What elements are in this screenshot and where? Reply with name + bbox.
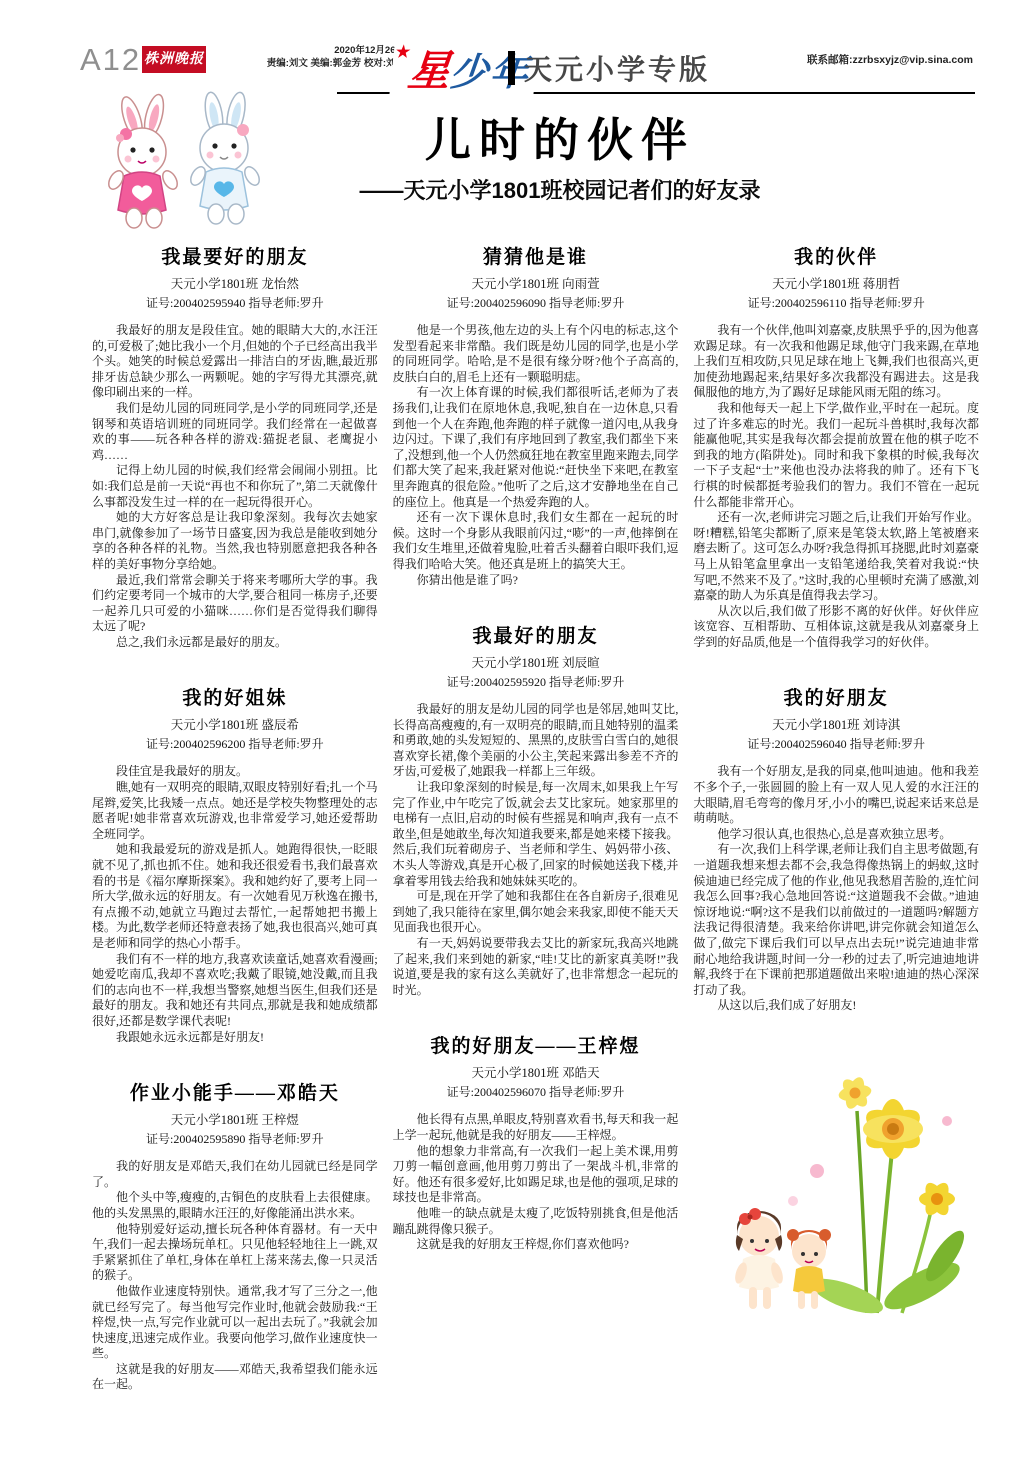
paragraph: 她和我最爱玩的游戏是抓人。她跑得很快,一眨眼就不见了,抓也抓不住。她和我还很爱看… (92, 842, 378, 951)
article-credential: 证号:200402596090 指导老师:罗升 (393, 294, 679, 311)
paragraph: 这就是我的好朋友王梓煜,你们喜欢他吗? (393, 1237, 679, 1253)
article-credential: 证号:200402595940 指导老师:罗升 (92, 294, 378, 311)
article-byline: 天元小学1801班 王梓煜 (92, 1110, 378, 1128)
paragraph: 记得上幼儿园的时候,我们经常会闹闹小别扭。比如:我们总是前一天说“再也不和你玩了… (92, 463, 378, 510)
article-credential: 证号:200402596110 指导老师:罗升 (693, 294, 979, 311)
paragraph: 我的好朋友是邓皓天,我们在幼儿园就已经是同学了。 (92, 1159, 378, 1190)
article-jiangpengzhe: 我的伙伴 天元小学1801班 蒋朋哲 证号:200402596110 指导老师:… (693, 242, 979, 650)
blue-rabbit (188, 91, 262, 224)
article-liuchenxuan: 我最好的朋友 天元小学1801班 刘辰暄 证号:200402595920 指导老… (393, 621, 679, 998)
paragraph: 我最好的朋友是段佳宜。她的眼睛大大的,水汪汪的,可爱极了;她比我小一个月,但她的… (92, 323, 378, 401)
paragraph: 总之,我们永远都是最好的朋友。 (92, 635, 378, 651)
article-body: 段佳宜是我最好的朋友。 瞧,她有一双明亮的眼睛,双眼皮特别好看;扎一个马尾辫,爱… (92, 764, 378, 1045)
publication-meta: 2020年12月26日 责编:刘文 美编:郭金芳 校对:刘昱 (225, 44, 405, 70)
paragraph: 他唯一的缺点就是太瘦了,吃饭特别挑食,但是他活蹦乱跳得像只猴子。 (393, 1206, 679, 1237)
paragraph: 他长得有点黑,单眼皮,特别喜欢看书,每天和我一起上学一起玩,他就是我的好朋友——… (393, 1112, 679, 1143)
article-body: 我的好朋友是邓皓天,我们在幼儿园就已经是同学了。 他个头中等,瘦瘦的,古铜色的皮… (92, 1159, 378, 1393)
paragraph: 他学习很认真,也很热心,总是喜欢独立思考。 (693, 827, 979, 843)
article-title: 我的伙伴 (693, 242, 979, 269)
paragraph: 我跟她永远永远都是好朋友! (92, 1030, 378, 1046)
article-title: 我最要好的朋友 (92, 242, 378, 269)
article-shengchenxi: 我的好姐妹 天元小学1801班 盛辰希 证号:200402596200 指导老师… (92, 683, 378, 1045)
article-body: 我有一个伙伴,他叫刘嘉豪,皮肤黑乎乎的,因为他喜欢踢足球。有一次我和他踢足球,他… (693, 323, 979, 650)
article-title: 我最好的朋友 (393, 621, 679, 648)
article-byline: 天元小学1801班 龙怡然 (92, 274, 378, 292)
paragraph: 我和他每天一起上下学,做作业,平时在一起玩。度过了许多难忘的时光。我们一起玩斗兽… (693, 401, 979, 510)
section-divider-bar (508, 51, 515, 85)
article-wangziyu: 作业小能手——邓皓天 天元小学1801班 王梓煜 证号:200402595890… (92, 1078, 378, 1393)
publication-date: 2020年12月26日 (225, 44, 405, 57)
paragraph: 他的想象力非常高,有一次我们一起上美术课,用剪刀剪一幅创意画,他用剪刀剪出了一架… (393, 1144, 679, 1206)
article-credential: 证号:200402595890 指导老师:罗升 (92, 1130, 378, 1147)
newspaper-page: A12 株洲晚报 2020年12月26日 责编:刘文 美编:郭金芳 校对:刘昱 … (0, 0, 1031, 1475)
article-liushiqi: 我的好朋友 天元小学1801班 刘诗淇 证号:200402596040 指导老师… (693, 683, 979, 1014)
paragraph: 我有一个好朋友,是我的同桌,他叫迪迪。他和我差不多个子,一张圆圆的脸上有一双人见… (693, 764, 979, 826)
article-title: 猜猜他是谁 (393, 242, 679, 269)
article-credential: 证号:200402596200 指导老师:罗升 (92, 735, 378, 752)
paragraph: 让我印象深刻的时候是,每一次周末,如果我上午写完了作业,中午吃完了饭,就会去艾比… (393, 780, 679, 889)
article-byline: 天元小学1801班 蒋朋哲 (693, 274, 979, 292)
article-denghaotian: 我的好朋友——王梓煜 天元小学1801班 邓皓天 证号:200402596070… (393, 1031, 679, 1252)
rabbits-illustration (86, 90, 281, 238)
article-title: 我的好朋友 (693, 683, 979, 710)
paragraph: 他是一个男孩,他左边的头上有个闪电的标志,这个发型看起来非常酷。我们既是幼儿园的… (393, 323, 679, 385)
article-body: 他是一个男孩,他左边的头上有个闪电的标志,这个发型看起来非常酷。我们既是幼儿园的… (393, 323, 679, 588)
paragraph: 还有一次下课休息时,我们女生都在一起玩的时候。这时一个身影从我眼前闪过,“嘭”的… (393, 510, 679, 572)
paragraph: 我们有不一样的地方,我喜欢读童话,她喜欢看漫画;她爱吃南瓜,我却不喜欢吃;我戴了… (92, 952, 378, 1030)
pink-rabbit (106, 93, 180, 228)
article-body: 我最好的朋友是幼儿园的同学也是邻居,她叫艾比,长得高高瘦瘦的,有一双明亮的眼睛,… (393, 702, 679, 998)
two-children (733, 1208, 831, 1309)
contact-email: 联系邮箱:zzrbsxyjz@vip.sina.com (807, 52, 973, 67)
paragraph: 我们是幼儿园的同班同学,是小学的同班同学,还是钢琴和英语培训班的同班同学。我们经… (92, 401, 378, 463)
paragraph: 这就是我的好朋友——邓皓天,我希望我们能永远在一起。 (92, 1362, 378, 1393)
article-credential: 证号:200402596040 指导老师:罗升 (693, 735, 979, 752)
paragraph: 最近,我们常常会聊关于将来考哪所大学的事。我们约定要考同一个城市的大学,要合租同… (92, 573, 378, 635)
paragraph: 他做作业速度特别快。通常,我才写了三分之一,他就已经写完了。每当他写完作业时,他… (92, 1284, 378, 1362)
page-number: A12 (80, 42, 141, 78)
paragraph: 可是,现在开学了她和我都住在各自新房子,很难见到她了,我只能待在家里,偶尔她会来… (393, 889, 679, 936)
editors-line: 责编:刘文 美编:郭金芳 校对:刘昱 (225, 57, 405, 70)
article-xiangyuxuan: 猜猜他是谁 天元小学1801班 向雨萱 证号:200402596090 指导老师… (393, 242, 679, 588)
paragraph: 我有一个伙伴,他叫刘嘉豪,皮肤黑乎乎的,因为他喜欢踢足球。有一次我和他踢足球,他… (693, 323, 979, 401)
article-byline: 天元小学1801班 向雨萱 (393, 274, 679, 292)
article-title: 我的好朋友——王梓煜 (393, 1031, 679, 1058)
paragraph: 她的大方好客总是让我印象深刻。我每次去她家串门,就像参加了一场节日盛宴,因为我总… (92, 510, 378, 572)
children-flowers-illustration (697, 1051, 975, 1319)
paragraph: 从次以后,我们做了形影不离的好伙伴。好伙伴应该宽容、互相帮助、互相体谅,这就是我… (693, 604, 979, 651)
logo-char-xing: 星 (406, 47, 453, 94)
paragraph: 瞧,她有一双明亮的眼睛,双眼皮特别好看;扎一个马尾辫,爱笑,比我矮一点点。她还是… (92, 780, 378, 842)
column-1: 我最要好的朋友 天元小学1801班 龙怡然 证号:200402595940 指导… (92, 242, 378, 1426)
article-byline: 天元小学1801班 盛辰希 (92, 715, 378, 733)
column-2: 猜猜他是谁 天元小学1801班 向雨萱 证号:200402596090 指导老师… (393, 242, 679, 1426)
article-body: 他长得有点黑,单眼皮,特别喜欢看书,每天和我一起上学一起玩,他就是我的好朋友——… (393, 1112, 679, 1252)
paragraph: 我最好的朋友是幼儿园的同学也是邻居,她叫艾比,长得高高瘦瘦的,有一双明亮的眼睛,… (393, 702, 679, 780)
column-3: 我的伙伴 天元小学1801班 蒋朋哲 证号:200402596110 指导老师:… (693, 242, 979, 1426)
article-title: 我的好姐妹 (92, 683, 378, 710)
paragraph: 还有一次,老师讲完习题之后,让我们开始写作业。呀!糟糕,铅笔尖都断了,原来是笔袋… (693, 510, 979, 604)
daffodil-flowers (788, 1075, 955, 1219)
article-grid: 我最要好的朋友 天元小学1801班 龙怡然 证号:200402595940 指导… (92, 242, 979, 1426)
article-byline: 天元小学1801班 刘诗淇 (693, 715, 979, 733)
paragraph: 有一天,妈妈说要带我去艾比的新家玩,我高兴地跳了起来,我们来到她的新家,“哇!艾… (393, 936, 679, 998)
article-longyiran: 我最要好的朋友 天元小学1801班 龙怡然 证号:200402595940 指导… (92, 242, 378, 650)
paragraph: 他个头中等,瘦瘦的,古铜色的皮肤看上去很健康。他的头发黑黑的,眼睛水汪汪的,好像… (92, 1190, 378, 1221)
paragraph: 段佳宜是我最好的朋友。 (92, 764, 378, 780)
article-body: 我有一个好朋友,是我的同桌,他叫迪迪。他和我差不多个子,一张圆圆的脸上有一双人见… (693, 764, 979, 1014)
section-title-block: 天元小学专版 (508, 48, 710, 88)
paragraph: 有一次上体育课的时候,我们都很听话,老师为了表扬我们,让我们在原地休息,我呢,独… (393, 385, 679, 510)
masthead-logo: 株洲晚报 (142, 46, 206, 73)
paragraph: 有一次,我们上科学课,老师让我们自主思考做题,有一道题我想来想去都不会,我急得像… (693, 842, 979, 998)
article-credential: 证号:200402596070 指导老师:罗升 (393, 1083, 679, 1100)
paragraph: 他特别爱好运动,擅长玩各种体育器材。有一天中午,我们一起去操场玩单杠。只见他轻轻… (92, 1222, 378, 1284)
article-byline: 天元小学1801班 邓皓天 (393, 1063, 679, 1081)
paragraph: 你猜出他是谁了吗? (393, 573, 679, 589)
article-title: 作业小能手——邓皓天 (92, 1078, 378, 1105)
section-title: 天元小学专版 (524, 48, 710, 88)
article-credential: 证号:200402595920 指导老师:罗升 (393, 673, 679, 690)
page-main-title: 儿时的伙伴 (300, 104, 820, 170)
article-byline: 天元小学1801班 刘辰暄 (393, 653, 679, 671)
article-body: 我最好的朋友是段佳宜。她的眼睛大大的,水汪汪的,可爱极了;她比我小一个月,但她的… (92, 323, 378, 650)
page-subtitle: ——天元小学1801班校园记者们的好友录 (268, 174, 852, 205)
paragraph: 从这以后,我们成了好朋友! (693, 998, 979, 1014)
